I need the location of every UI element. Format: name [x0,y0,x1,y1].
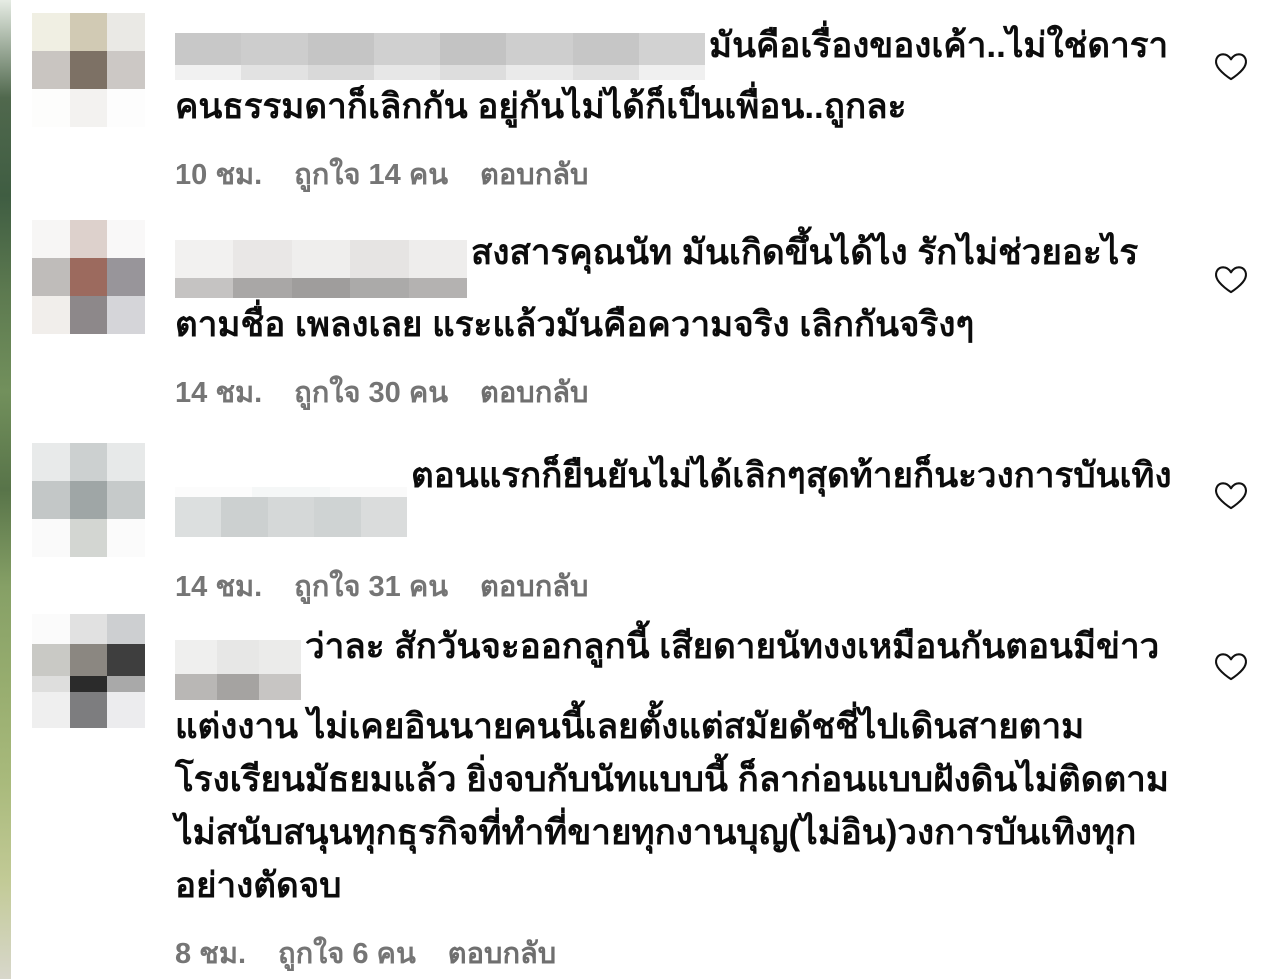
comment-body: สงสารคุณนัท มันเกิดขึ้นได้ไง รักไม่ช่วยอ… [175,226,1191,415]
avatar[interactable] [32,443,145,557]
comment-meta: 10 ชม. ถูกใจ 14 คน ตอบกลับ [175,151,1191,197]
blurred-username[interactable] [175,33,705,80]
reply-button[interactable]: ตอบกลับ [480,151,588,197]
comments-panel: มันคือเรื่องของเค้า..ไม่ใช่ดารา คนธรรมดา… [0,0,1280,979]
comment-meta: 14 ชม. ถูกใจ 31 คน ตอบกลับ [175,563,1191,609]
comment-body: มันคือเรื่องของเค้า..ไม่ใช่ดารา คนธรรมดา… [175,19,1191,197]
comment-4: ว่าละ สักวันจะออกลูกนี้ เสียดายนัทงงเหมื… [30,614,1280,976]
comment-meta: 14 ชม. ถูกใจ 30 คน ตอบกลับ [175,369,1191,415]
like-heart-icon[interactable] [1212,647,1250,685]
avatar[interactable] [32,614,145,728]
comment-text-block: มันคือเรื่องของเค้า..ไม่ใช่ดารา คนธรรมดา… [175,19,1191,133]
comment-timestamp: 14 ชม. [175,563,262,609]
reply-button[interactable]: ตอบกลับ [448,930,556,976]
like-count[interactable]: ถูกใจ 6 คน [278,930,416,976]
comment-timestamp: 10 ชม. [175,151,262,197]
comment-text-block: ว่าละ สักวันจะออกลูกนี้ เสียดายนัทงงเหมื… [175,620,1191,912]
like-count[interactable]: ถูกใจ 31 คน [294,563,448,609]
comment-text: ว่าละ สักวันจะออกลูกนี้ เสียดายนัทงงเหมื… [175,627,1169,905]
comment-timestamp: 14 ชม. [175,369,262,415]
comment-body: ว่าละ สักวันจะออกลูกนี้ เสียดายนัทงงเหมื… [175,620,1191,976]
blurred-username[interactable] [175,240,467,298]
avatar[interactable] [32,220,145,334]
like-heart-icon[interactable] [1212,47,1250,85]
comment-body: ตอนแรกก็ยืนยันไม่ได้เลิกๆสุดท้ายก็นะวงกา… [175,449,1191,609]
comment-text-block: สงสารคุณนัท มันเกิดขึ้นได้ไง รักไม่ช่วยอ… [175,226,1191,351]
like-heart-icon[interactable] [1212,260,1250,298]
comment-2: สงสารคุณนัท มันเกิดขึ้นได้ไง รักไม่ช่วยอ… [30,220,1280,415]
avatar[interactable] [32,13,145,127]
reply-button[interactable]: ตอบกลับ [480,563,588,609]
comment-3: ตอนแรกก็ยืนยันไม่ได้เลิกๆสุดท้ายก็นะวงกา… [30,443,1280,609]
like-heart-icon[interactable] [1212,476,1250,514]
blurred-username[interactable] [175,640,301,700]
comment-text: ตอนแรกก็ยืนยันไม่ได้เลิกๆสุดท้ายก็นะวงกา… [411,456,1172,495]
like-count[interactable]: ถูกใจ 14 คน [294,151,448,197]
comment-meta: 8 ชม. ถูกใจ 6 คน ตอบกลับ [175,930,1191,976]
comment-text-block: ตอนแรกก็ยืนยันไม่ได้เลิกๆสุดท้ายก็นะวงกา… [175,449,1191,537]
like-count[interactable]: ถูกใจ 30 คน [294,369,448,415]
reply-button[interactable]: ตอบกลับ [480,369,588,415]
blurred-username[interactable] [175,487,407,537]
comment-timestamp: 8 ชม. [175,930,246,976]
comment-1: มันคือเรื่องของเค้า..ไม่ใช่ดารา คนธรรมดา… [30,13,1280,197]
